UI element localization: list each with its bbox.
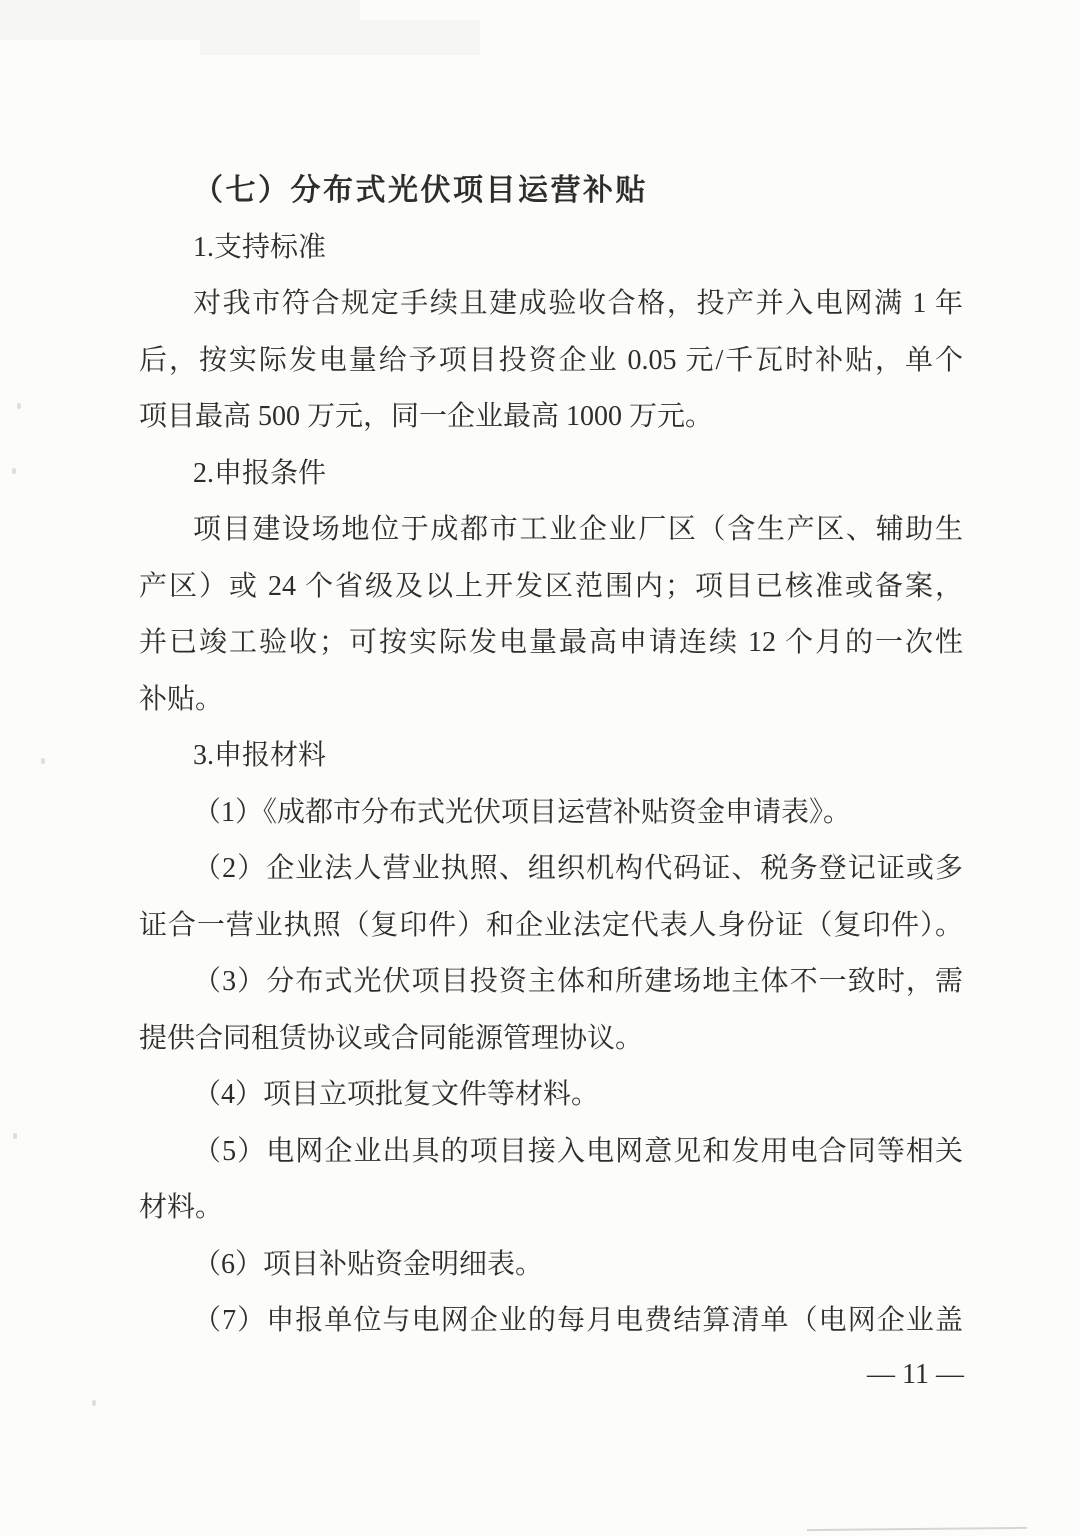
page-number: — 11 — xyxy=(867,1359,964,1390)
body-text-line: 对我市符合规定手续且建成验收合格，投产并入电网满 1 年 xyxy=(139,276,963,333)
subsection-heading: 1.支持标准 xyxy=(139,220,963,277)
body-text-line: 产区）或 24 个省级及以上开发区范围内；项目已核准或备案， xyxy=(139,559,963,616)
body-text-line: 证合一营业执照（复印件）和企业法定代表人身份证（复印件）。 xyxy=(139,898,963,955)
scan-speck xyxy=(12,468,16,474)
body-text-line: 后，按实际发电量给予项目投资企业 0.05 元/千瓦时补贴，单个 xyxy=(139,333,963,390)
body-text-line: 项目最高 500 万元，同一企业最高 1000 万元。 xyxy=(139,389,963,446)
body-text-line: （5）电网企业出具的项目接入电网意见和发用电合同等相关 xyxy=(139,1124,963,1181)
document-page: （七）分布式光伏项目运营补贴1.支持标准对我市符合规定手续且建成验收合格，投产并… xyxy=(0,0,1080,1536)
scan-speck xyxy=(92,1400,96,1406)
body-text-line: （4）项目立项批复文件等材料。 xyxy=(139,1067,963,1124)
body-text-line: 并已竣工验收；可按实际发电量最高申请连续 12 个月的一次性 xyxy=(139,615,963,672)
body-text-line: 项目建设场地位于成都市工业企业厂区（含生产区、辅助生 xyxy=(139,502,963,559)
body-text-line: （7）申报单位与电网企业的每月电费结算清单（电网企业盖 xyxy=(139,1293,963,1350)
page-footer: — 11 — xyxy=(867,1352,964,1398)
scan-speck xyxy=(13,1133,17,1139)
subsection-heading: 2.申报条件 xyxy=(139,446,963,503)
scan-speck xyxy=(17,403,21,409)
body-text-line: 提供合同租赁协议或合同能源管理协议。 xyxy=(139,1011,963,1068)
body-text-line: 材料。 xyxy=(139,1180,963,1237)
body-text-line: （2）企业法人营业执照、组织机构代码证、税务登记证或多 xyxy=(139,841,963,898)
document-body: （七）分布式光伏项目运营补贴1.支持标准对我市符合规定手续且建成验收合格，投产并… xyxy=(139,163,963,1350)
body-text-line: （1）《成都市分布式光伏项目运营补贴资金申请表》。 xyxy=(139,785,963,842)
body-text-line: （6）项目补贴资金明细表。 xyxy=(139,1237,963,1294)
body-text-line: 补贴。 xyxy=(139,672,963,729)
scan-speck xyxy=(41,758,45,764)
section-heading: （七）分布式光伏项目运营补贴 xyxy=(139,163,963,220)
body-text-line: （3）分布式光伏项目投资主体和所建场地主体不一致时，需 xyxy=(139,954,963,1011)
scan-edge-line xyxy=(807,1527,1027,1531)
subsection-heading: 3.申报材料 xyxy=(139,728,963,785)
scan-smudge xyxy=(200,20,480,55)
